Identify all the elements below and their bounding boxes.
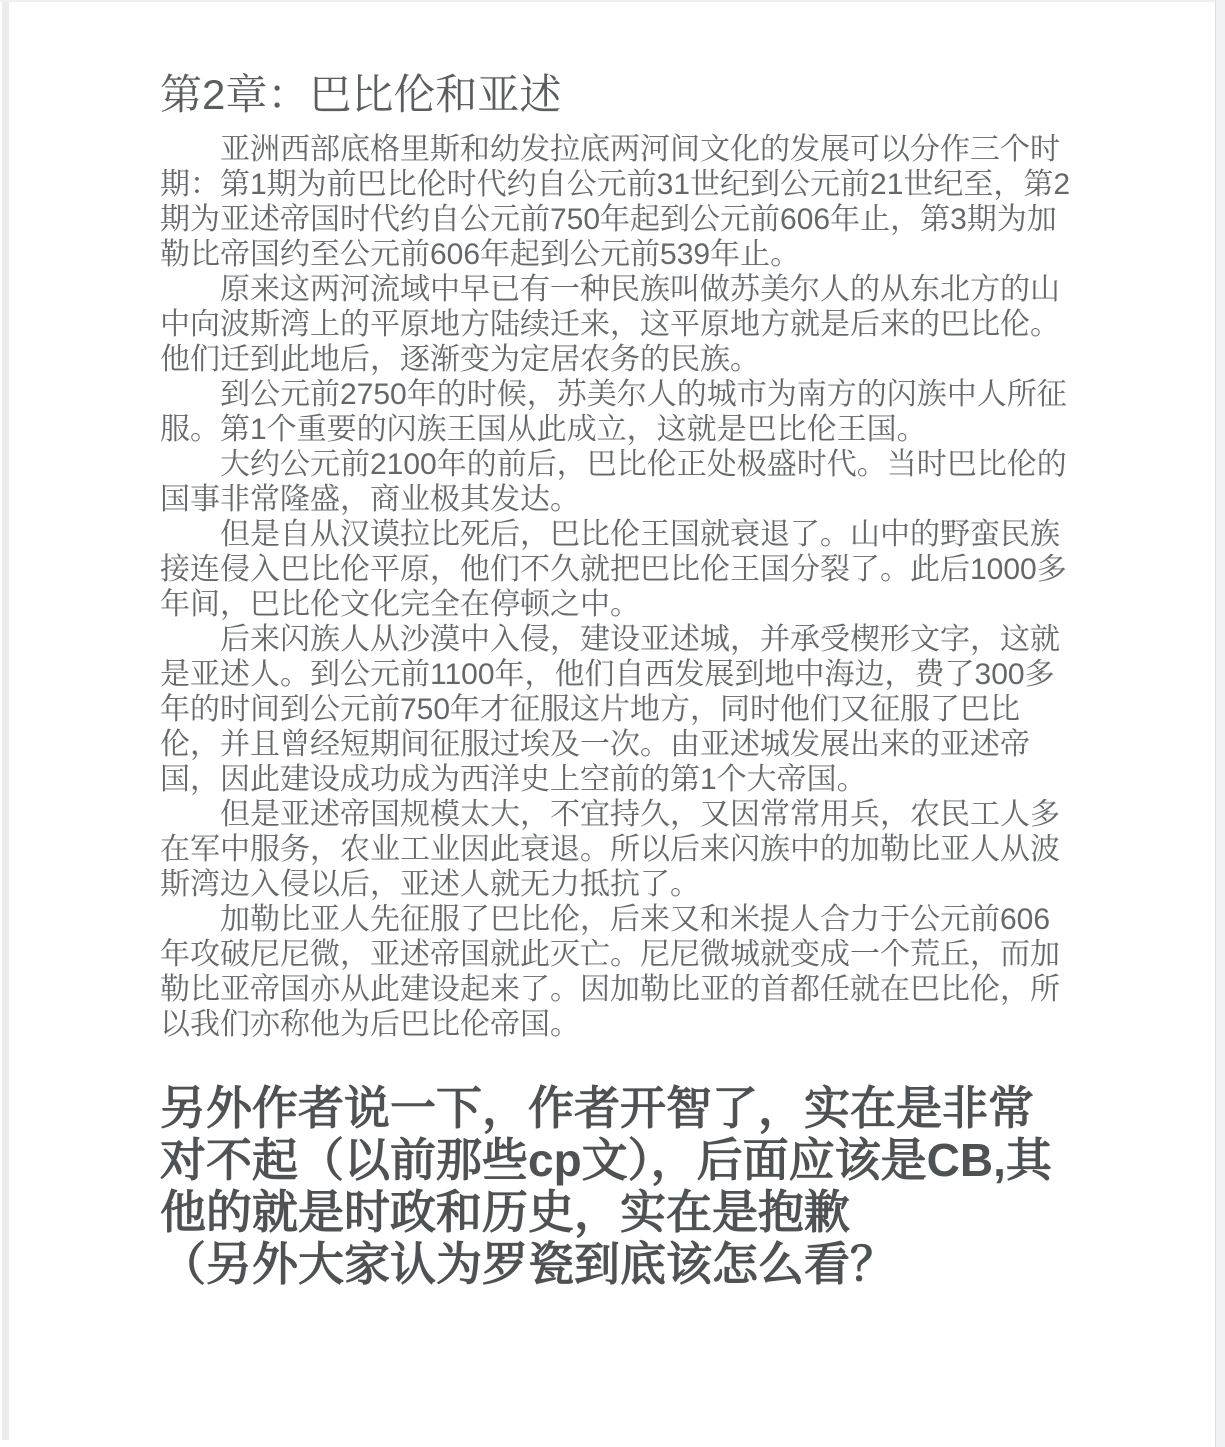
body-paragraph-5: 但是自从汉谟拉比死后，巴比伦王国就衰退了。山中的野蛮民族接连侵入巴比伦平原，他们…	[160, 517, 1073, 622]
body-paragraph-1: 亚洲西部底格里斯和幼发拉底两河间文化的发展可以分作三个时期：第1期为前巴比伦时代…	[160, 132, 1073, 272]
chapter-page: 第2章：巴比伦和亚述 亚洲西部底格里斯和幼发拉底两河间文化的发展可以分作三个时期…	[160, 70, 1073, 1290]
window-left-edge	[2, 2, 9, 1440]
body-paragraph-2: 原来这两河流域中早已有一种民族叫做苏美尔人的从东北方的山中向波斯湾上的平原地方陆…	[160, 272, 1073, 377]
body-paragraph-3: 到公元前2750年的时候，苏美尔人的城市为南方的闪族中人所征服。第1个重要的闪族…	[160, 377, 1073, 447]
chapter-title: 第2章：巴比伦和亚述	[160, 70, 1073, 120]
body-paragraph-4: 大约公元前2100年的前后，巴比伦正处极盛时代。当时巴比伦的国事非常隆盛，商业极…	[160, 447, 1073, 517]
body-paragraph-8: 加勒比亚人先征服了巴比伦，后来又和米提人合力于公元前606年攻破尼尼微，亚述帝国…	[160, 902, 1073, 1042]
author-note-line-1: 另外作者说一下，作者开智了，实在是非常对不起（以前那些cp文），后面应该是CB,…	[160, 1082, 1073, 1238]
body-paragraph-7: 但是亚述帝国规模太大，不宜持久，又因常常用兵，农民工人多在军中服务，农业工业因此…	[160, 797, 1073, 902]
scrollbar-track[interactable]	[1215, 0, 1225, 1447]
body-paragraph-6: 后来闪族人从沙漠中入侵，建设亚述城，并承受楔形文字，这就是亚述人。到公元前110…	[160, 622, 1073, 797]
author-note: 另外作者说一下，作者开智了，实在是非常对不起（以前那些cp文），后面应该是CB,…	[160, 1082, 1073, 1290]
author-note-line-2: （另外大家认为罗瓷到底该怎么看？	[160, 1238, 1073, 1290]
window-top-edge	[0, 0, 1225, 2]
